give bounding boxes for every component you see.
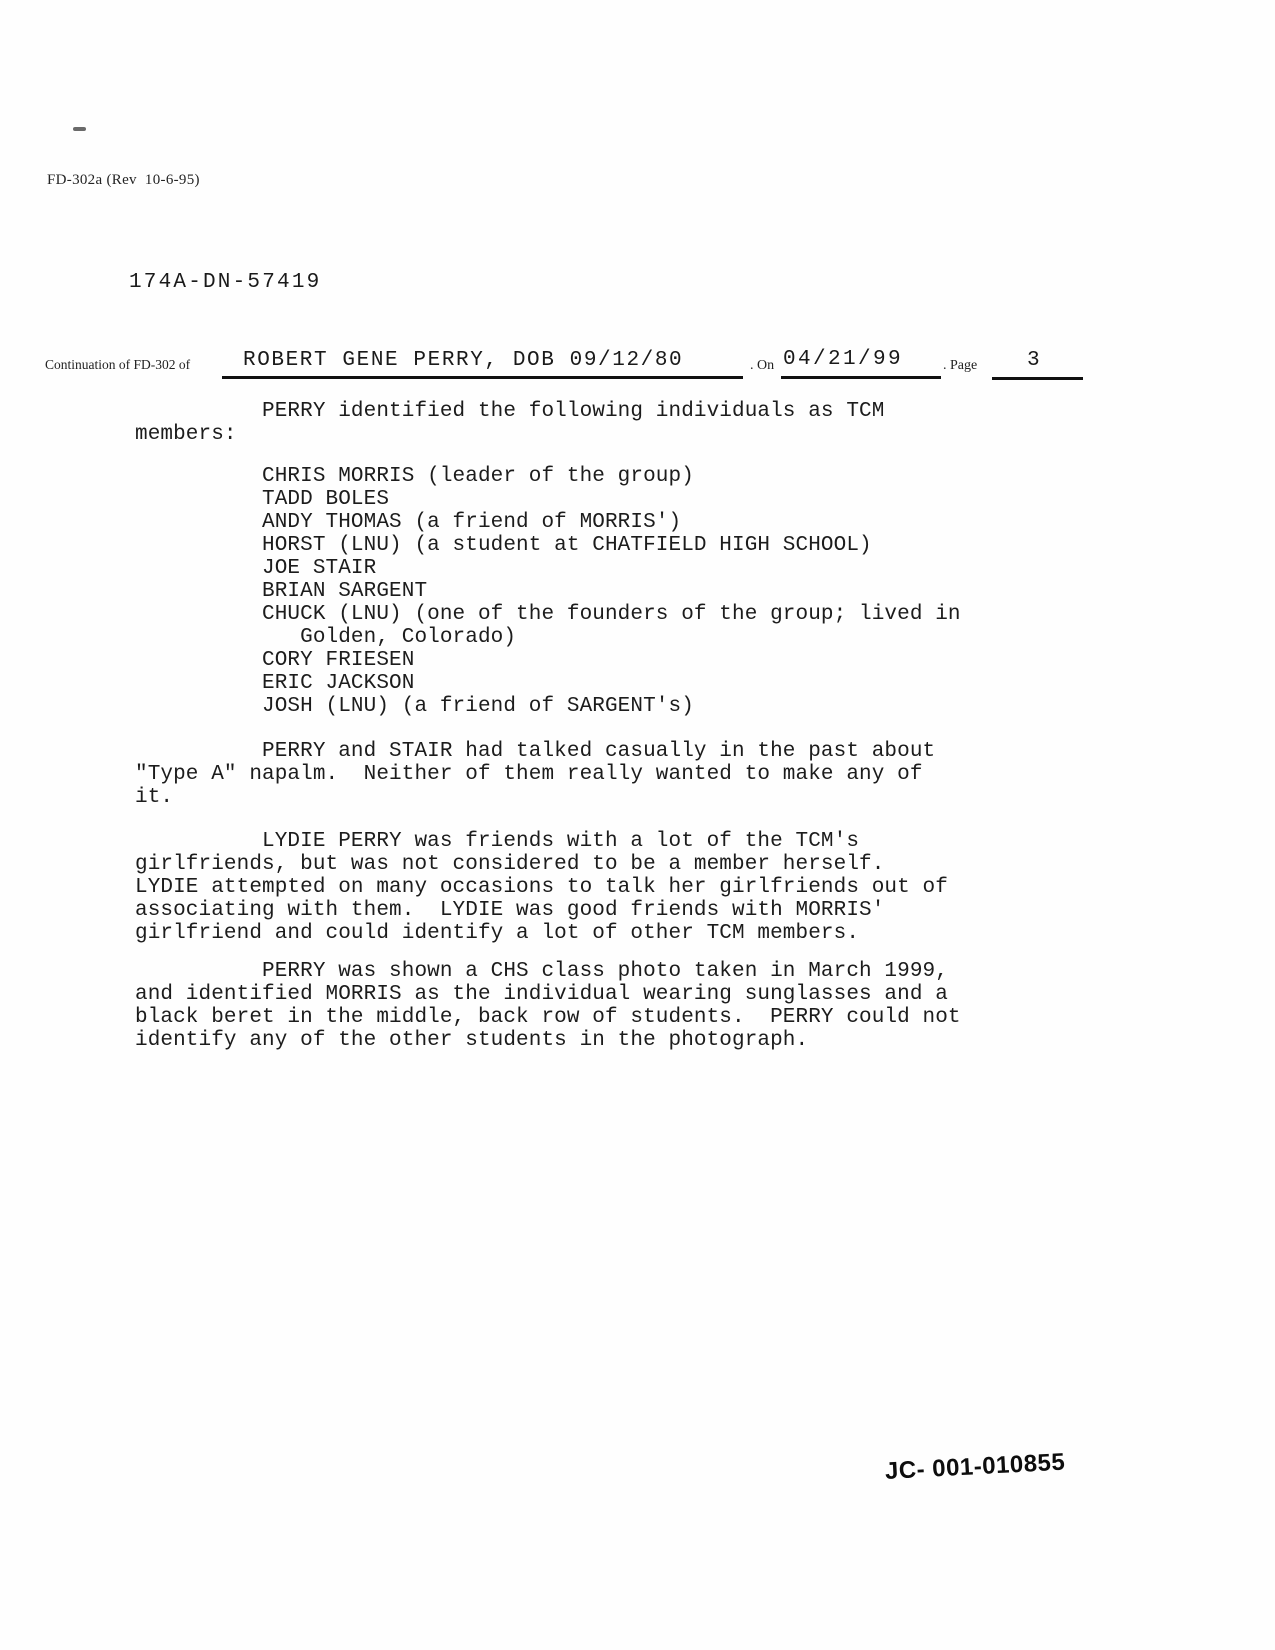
case-number: 174A-DN-57419	[129, 271, 321, 294]
paragraph-class-photo: PERRY was shown a CHS class photo taken …	[135, 960, 961, 1052]
tcm-member-list: CHRIS MORRIS (leader of the group) TADD …	[135, 465, 961, 718]
on-label: . On	[750, 358, 774, 374]
paragraph-lydie-perry: LYDIE PERRY was friends with a lot of th…	[135, 830, 948, 945]
bates-number-stamp: JC- 001-010855	[884, 1449, 1066, 1486]
page-label: . Page	[943, 358, 977, 374]
page-number: 3	[1027, 349, 1040, 372]
date-underline	[781, 376, 941, 379]
scan-artifact-mark	[73, 127, 86, 131]
subject-underline	[222, 376, 743, 379]
paragraph-napalm: PERRY and STAIR had talked casually in t…	[135, 740, 935, 809]
continuation-of-label: Continuation of FD-302 of	[45, 357, 190, 373]
date-field: 04/21/99	[783, 348, 903, 371]
subject-name-field: ROBERT GENE PERRY, DOB 09/12/80	[243, 349, 683, 372]
document-page: FD-302a (Rev 10-6-95) 174A-DN-57419 Cont…	[0, 0, 1275, 1650]
form-number-label: FD-302a (Rev 10-6-95)	[47, 172, 200, 189]
paragraph-members-intro: PERRY identified the following individua…	[135, 400, 884, 446]
page-number-underline	[992, 377, 1083, 380]
